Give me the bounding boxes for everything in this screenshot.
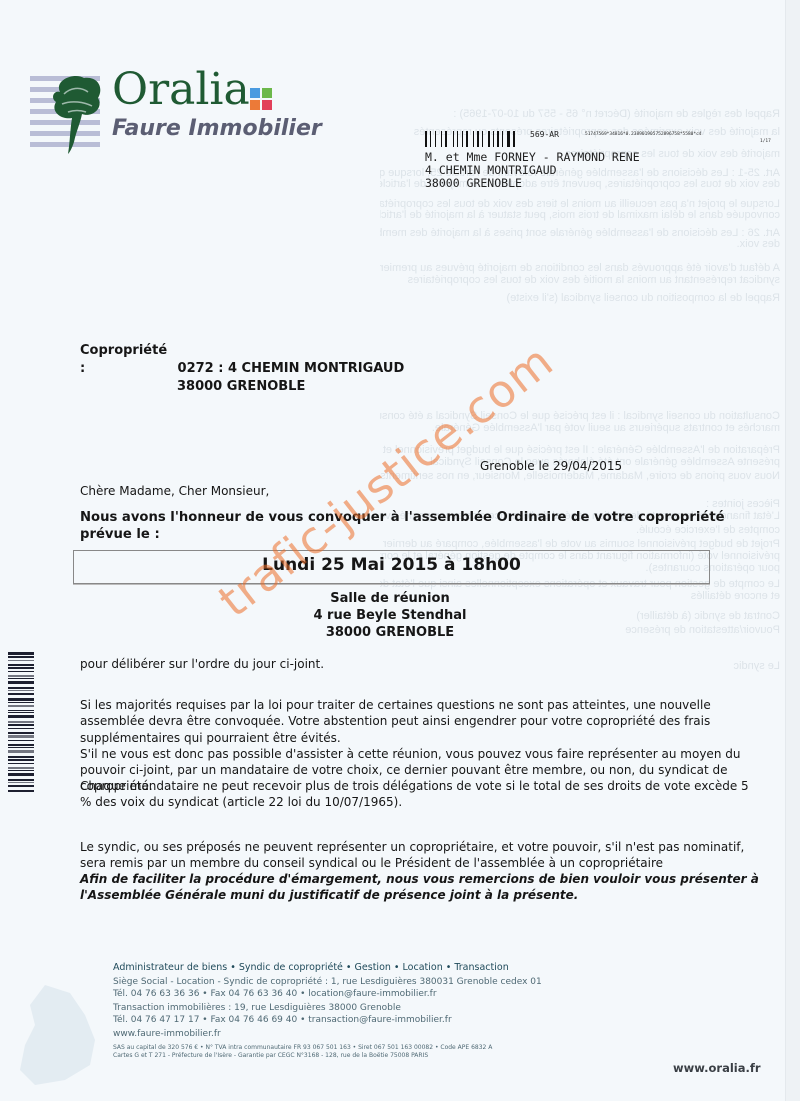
meeting-date-box: Lundi 25 Mai 2015 à 18h00 — [73, 550, 710, 584]
footer: Administrateur de biens • Syndic de copr… — [113, 962, 542, 1061]
footer-transaction-contact: Tél. 04 76 47 17 17 • Fax 04 76 46 69 40… — [113, 1015, 542, 1027]
copropriete-label: Copropriété : — [80, 342, 173, 378]
meeting-date: Lundi 25 Mai 2015 à 18h00 — [74, 555, 709, 575]
brand-subtitle: Faure Immobilier — [112, 116, 322, 141]
footer-legal-2: Cartes G et T 271 - Préfecture de l'Isèr… — [113, 1052, 542, 1061]
ghost-line: A défaut d'avoir été approuvés dans les … — [380, 262, 780, 274]
convocation-heading: Nous avons l'honneur de vous convoquer à… — [80, 509, 740, 543]
copropriete-line2: 38000 GRENOBLE — [80, 378, 404, 396]
barcode-reference: 569-AR — [530, 130, 559, 139]
paragraph-emargement: Afin de faciliter la procédure d'émargem… — [80, 871, 760, 904]
ghost-line: Rappel des règles de majorité (Décret n°… — [380, 108, 780, 120]
footer-services: Administrateur de biens • Syndic de copr… — [113, 962, 542, 973]
footer-siege: Siège Social - Location - Syndic de copr… — [113, 977, 542, 989]
ghost-line: syndicat représentant au moins la moitié… — [380, 274, 780, 286]
place-date: Grenoble le 29/04/2015 — [480, 459, 622, 473]
page-indicator: 1/17 — [760, 139, 771, 144]
side-barcode — [8, 652, 34, 793]
footer-map-shape-icon — [15, 985, 100, 1085]
tracking-code: 51747569*34816*0.23890190575289675​8*558… — [585, 132, 702, 137]
footer-website-link[interactable]: www.faure-immobilier.fr — [113, 1029, 542, 1041]
mail-barcode — [425, 131, 525, 147]
company-logo: Oralia Faure Immobilier — [30, 72, 340, 152]
brand-name: Oralia — [112, 64, 250, 115]
copropriete-block: Copropriété : 0272 : 4 CHEMIN MONTRIGAUD… — [80, 342, 404, 396]
meeting-venue: Salle de réunion 4 rue Beyle Stendhal 38… — [240, 590, 540, 641]
paragraph-delegations: Chaque mandataire ne peut recevoir plus … — [80, 778, 760, 811]
recipient-address: M. et Mme FORNEY - RAYMOND RENE 4 CHEMIN… — [425, 151, 640, 190]
footer-transaction: Transaction immobilières : 19, rue Lesdi… — [113, 1003, 542, 1015]
venue-city: 38000 GRENOBLE — [240, 624, 540, 641]
page-edge — [785, 0, 800, 1101]
paragraph-majorities-text: Si les majorités requises par la loi pou… — [80, 698, 711, 745]
logo-squares-icon — [250, 88, 272, 110]
oralia-website-link[interactable]: www.oralia.fr — [673, 1061, 761, 1075]
letter-page: Rappel des règles de majorité (Décret n°… — [0, 0, 800, 1101]
ghost-line: convoquée dans le délai maximal de trois… — [380, 209, 780, 221]
footer-legal-1: SAS au capital de 320 576 € • N° TVA int… — [113, 1044, 542, 1053]
copropriete-line1: 0272 : 4 CHEMIN MONTRIGAUD — [178, 361, 405, 376]
paragraph-syndic: Le syndic, ou ses préposés ne peuvent re… — [80, 839, 760, 872]
footer-siege-contact: Tél. 04 76 63 36 36 • Fax 04 76 63 36 40… — [113, 989, 542, 1001]
ghost-line: des voix. — [380, 238, 780, 250]
agenda-line: pour délibérer sur l'ordre du jour ci-jo… — [80, 656, 760, 672]
venue-street: 4 rue Beyle Stendhal — [240, 607, 540, 624]
salutation: Chère Madame, Cher Monsieur, — [80, 484, 269, 498]
tree-icon — [46, 72, 106, 154]
recipient-city: 38000 GRENOBLE — [425, 177, 640, 190]
ghost-line: Rappel de la composition du conseil synd… — [380, 292, 780, 304]
